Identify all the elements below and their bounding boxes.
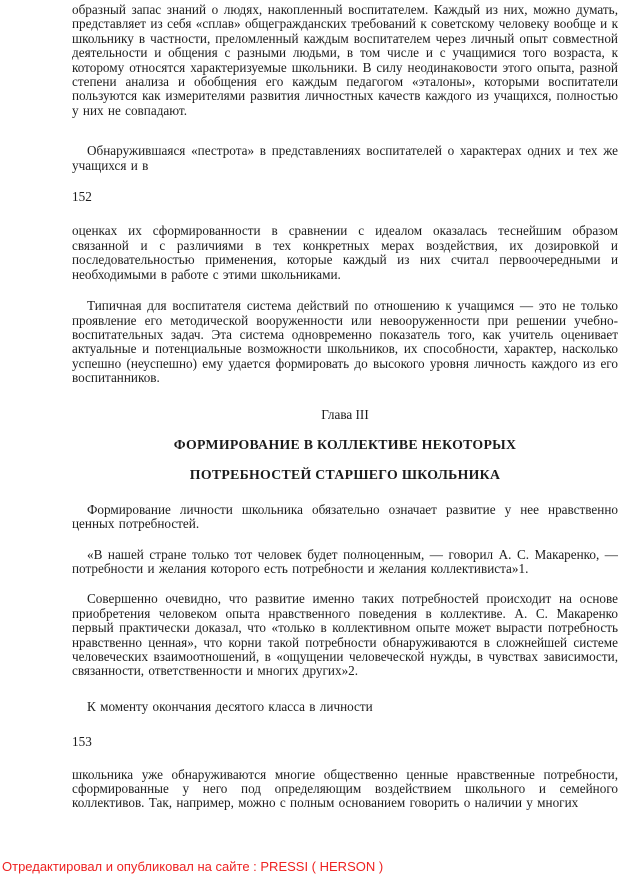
body-paragraph: Типичная для воспитателя система действи…: [72, 299, 618, 385]
section-title-line1: ФОРМИРОВАНИЕ В КОЛЛЕКТИВЕ НЕКОТОРЫХ: [72, 438, 618, 452]
page-number: 152: [72, 190, 618, 204]
body-paragraph-continuation: школьника уже обнаруживаются многие обще…: [72, 768, 618, 811]
body-paragraph: К моменту окончания десятого класса в ли…: [72, 700, 618, 714]
body-paragraph-continuation: образный запас знаний о людях, накопленн…: [72, 3, 618, 118]
body-paragraph: Обнаружившаяся «пестрота» в представлени…: [72, 144, 618, 173]
section-title-line2: ПОТРЕБНОСТЕЙ СТАРШЕГО ШКОЛЬНИКА: [72, 468, 618, 482]
body-paragraph: Формирование личности школьника обязател…: [72, 503, 618, 532]
chapter-heading: Глава III: [72, 408, 618, 422]
body-paragraph-quote: «В нашей стране только тот человек будет…: [72, 548, 618, 577]
document-page: образный запас знаний о людях, накопленн…: [72, 0, 618, 811]
body-paragraph: Совершенно очевидно, что развитие именно…: [72, 592, 618, 678]
page-number: 153: [72, 735, 618, 749]
watermark-footer: Отредактировал и опубликовал на сайте : …: [2, 859, 383, 874]
body-paragraph-continuation: оценках их сформированности в сравнении …: [72, 224, 618, 282]
